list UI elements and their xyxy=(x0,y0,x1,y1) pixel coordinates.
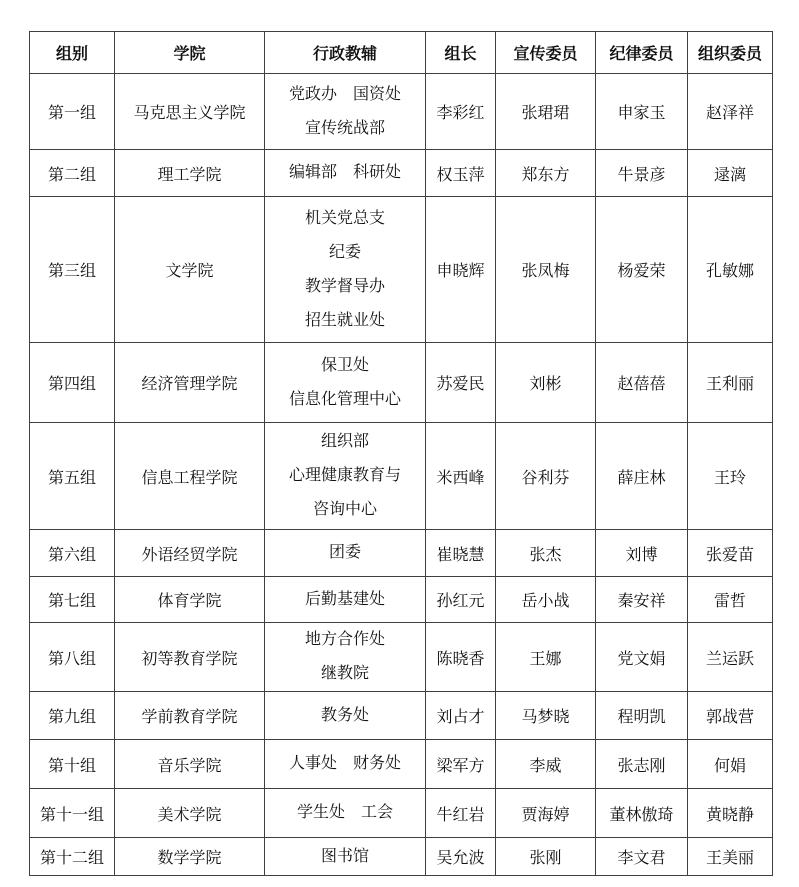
admin-line: 纪委 xyxy=(267,236,423,270)
leader-cell: 米西峰 xyxy=(426,423,496,530)
group-cell: 第八组 xyxy=(30,623,115,692)
college-cell: 外语经贸学院 xyxy=(115,530,265,577)
column-header-publicity: 宣传委员 xyxy=(496,32,596,74)
admin-cell: 图书馆 xyxy=(265,838,426,876)
discipline-cell: 李文君 xyxy=(596,838,688,876)
column-header-group: 组别 xyxy=(30,32,115,74)
leader-cell: 孙红元 xyxy=(426,577,496,623)
column-header-college: 学院 xyxy=(115,32,265,74)
leader-cell: 崔晓慧 xyxy=(426,530,496,577)
column-header-discipline: 纪律委员 xyxy=(596,32,688,74)
admin-line: 党政办 国资处 xyxy=(267,78,423,112)
column-header-organization: 组织委员 xyxy=(688,32,773,74)
admin-cell: 编辑部 科研处 xyxy=(265,150,426,197)
admin-line: 人事处 财务处 xyxy=(267,747,423,781)
publicity-cell: 贾海婷 xyxy=(496,789,596,838)
table-row: 第三组 文学院 机关党总支纪委教学督导办招生就业处 申晓辉 张凤梅 杨爱荣 孔敏… xyxy=(30,197,773,343)
discipline-cell: 秦安祥 xyxy=(596,577,688,623)
group-cell: 第五组 xyxy=(30,423,115,530)
leader-cell: 权玉萍 xyxy=(426,150,496,197)
group-assignment-table: 组别 学院 行政教辅 组长 宣传委员 纪律委员 组织委员 第一组 马克思主义学院… xyxy=(29,31,773,876)
group-cell: 第十二组 xyxy=(30,838,115,876)
admin-line: 继教院 xyxy=(267,657,423,691)
college-cell: 学前教育学院 xyxy=(115,692,265,740)
table-row: 第十一组 美术学院 学生处 工会 牛红岩 贾海婷 董林傲琦 黄晓静 xyxy=(30,789,773,838)
admin-line: 心理健康教育与 xyxy=(267,459,423,493)
admin-line: 后勤基建处 xyxy=(267,583,423,617)
college-cell: 音乐学院 xyxy=(115,740,265,789)
college-cell: 经济管理学院 xyxy=(115,343,265,423)
admin-line: 教学督导办 xyxy=(267,270,423,304)
admin-line: 学生处 工会 xyxy=(267,796,423,830)
header-row: 组别 学院 行政教辅 组长 宣传委员 纪律委员 组织委员 xyxy=(30,32,773,74)
organization-cell: 兰运跃 xyxy=(688,623,773,692)
publicity-cell: 张杰 xyxy=(496,530,596,577)
admin-line: 组织部 xyxy=(267,425,423,459)
admin-cell: 人事处 财务处 xyxy=(265,740,426,789)
group-cell: 第二组 xyxy=(30,150,115,197)
leader-cell: 申晓辉 xyxy=(426,197,496,343)
organization-cell: 何娟 xyxy=(688,740,773,789)
discipline-cell: 党文娟 xyxy=(596,623,688,692)
organization-cell: 黄晓静 xyxy=(688,789,773,838)
publicity-cell: 张刚 xyxy=(496,838,596,876)
discipline-cell: 薛庄林 xyxy=(596,423,688,530)
admin-line: 团委 xyxy=(267,536,423,570)
admin-cell: 学生处 工会 xyxy=(265,789,426,838)
group-cell: 第六组 xyxy=(30,530,115,577)
table-body: 第一组 马克思主义学院 党政办 国资处宣传统战部 李彩红 张珺珺 申家玉 赵泽祥… xyxy=(30,74,773,876)
leader-cell: 牛红岩 xyxy=(426,789,496,838)
table-row: 第八组 初等教育学院 地方合作处继教院 陈晓香 王娜 党文娟 兰运跃 xyxy=(30,623,773,692)
column-header-admin: 行政教辅 xyxy=(265,32,426,74)
admin-line: 宣传统战部 xyxy=(267,112,423,146)
admin-line: 机关党总支 xyxy=(267,202,423,236)
organization-cell: 雷哲 xyxy=(688,577,773,623)
discipline-cell: 张志刚 xyxy=(596,740,688,789)
college-cell: 文学院 xyxy=(115,197,265,343)
table-row: 第六组 外语经贸学院 团委 崔晓慧 张杰 刘博 张爱苗 xyxy=(30,530,773,577)
organization-cell: 孔敏娜 xyxy=(688,197,773,343)
admin-line: 信息化管理中心 xyxy=(267,383,423,417)
discipline-cell: 董林傲琦 xyxy=(596,789,688,838)
group-cell: 第九组 xyxy=(30,692,115,740)
discipline-cell: 杨爱荣 xyxy=(596,197,688,343)
group-cell: 第七组 xyxy=(30,577,115,623)
publicity-cell: 王娜 xyxy=(496,623,596,692)
admin-line: 教务处 xyxy=(267,699,423,733)
publicity-cell: 李威 xyxy=(496,740,596,789)
group-cell: 第三组 xyxy=(30,197,115,343)
table-row: 第五组 信息工程学院 组织部心理健康教育与咨询中心 米西峰 谷利芬 薛庄林 王玲 xyxy=(30,423,773,530)
leader-cell: 苏爱民 xyxy=(426,343,496,423)
publicity-cell: 郑东方 xyxy=(496,150,596,197)
college-cell: 数学学院 xyxy=(115,838,265,876)
group-cell: 第四组 xyxy=(30,343,115,423)
table-row: 第一组 马克思主义学院 党政办 国资处宣传统战部 李彩红 张珺珺 申家玉 赵泽祥 xyxy=(30,74,773,150)
discipline-cell: 刘博 xyxy=(596,530,688,577)
publicity-cell: 张凤梅 xyxy=(496,197,596,343)
table-row: 第十二组 数学学院 图书馆 吴允波 张刚 李文君 王美丽 xyxy=(30,838,773,876)
organization-cell: 王利丽 xyxy=(688,343,773,423)
admin-line: 保卫处 xyxy=(267,349,423,383)
admin-line: 咨询中心 xyxy=(267,493,423,527)
admin-cell: 地方合作处继教院 xyxy=(265,623,426,692)
group-cell: 第一组 xyxy=(30,74,115,150)
admin-cell: 保卫处信息化管理中心 xyxy=(265,343,426,423)
organization-cell: 王玲 xyxy=(688,423,773,530)
admin-cell: 教务处 xyxy=(265,692,426,740)
publicity-cell: 刘彬 xyxy=(496,343,596,423)
publicity-cell: 岳小战 xyxy=(496,577,596,623)
group-cell: 第十一组 xyxy=(30,789,115,838)
admin-line: 招生就业处 xyxy=(267,304,423,338)
publicity-cell: 张珺珺 xyxy=(496,74,596,150)
table-row: 第二组 理工学院 编辑部 科研处 权玉萍 郑东方 牛景彦 逯漓 xyxy=(30,150,773,197)
college-cell: 理工学院 xyxy=(115,150,265,197)
college-cell: 初等教育学院 xyxy=(115,623,265,692)
document-page: 组别 学院 行政教辅 组长 宣传委员 纪律委员 组织委员 第一组 马克思主义学院… xyxy=(0,0,799,887)
publicity-cell: 谷利芬 xyxy=(496,423,596,530)
discipline-cell: 申家玉 xyxy=(596,74,688,150)
discipline-cell: 牛景彦 xyxy=(596,150,688,197)
admin-cell: 党政办 国资处宣传统战部 xyxy=(265,74,426,150)
group-cell: 第十组 xyxy=(30,740,115,789)
discipline-cell: 程明凯 xyxy=(596,692,688,740)
table-row: 第七组 体育学院 后勤基建处 孙红元 岳小战 秦安祥 雷哲 xyxy=(30,577,773,623)
discipline-cell: 赵蓓蓓 xyxy=(596,343,688,423)
organization-cell: 王美丽 xyxy=(688,838,773,876)
college-cell: 体育学院 xyxy=(115,577,265,623)
column-header-leader: 组长 xyxy=(426,32,496,74)
table-row: 第九组 学前教育学院 教务处 刘占才 马梦晓 程明凯 郭战营 xyxy=(30,692,773,740)
leader-cell: 李彩红 xyxy=(426,74,496,150)
admin-cell: 后勤基建处 xyxy=(265,577,426,623)
admin-cell: 机关党总支纪委教学督导办招生就业处 xyxy=(265,197,426,343)
table-row: 第十组 音乐学院 人事处 财务处 梁军方 李威 张志刚 何娟 xyxy=(30,740,773,789)
admin-line: 图书馆 xyxy=(267,840,423,874)
leader-cell: 陈晓香 xyxy=(426,623,496,692)
organization-cell: 逯漓 xyxy=(688,150,773,197)
organization-cell: 郭战营 xyxy=(688,692,773,740)
college-cell: 美术学院 xyxy=(115,789,265,838)
admin-line: 编辑部 科研处 xyxy=(267,156,423,190)
college-cell: 信息工程学院 xyxy=(115,423,265,530)
table-row: 第四组 经济管理学院 保卫处信息化管理中心 苏爱民 刘彬 赵蓓蓓 王利丽 xyxy=(30,343,773,423)
admin-line: 地方合作处 xyxy=(267,623,423,657)
leader-cell: 梁军方 xyxy=(426,740,496,789)
organization-cell: 张爱苗 xyxy=(688,530,773,577)
admin-cell: 组织部心理健康教育与咨询中心 xyxy=(265,423,426,530)
admin-cell: 团委 xyxy=(265,530,426,577)
college-cell: 马克思主义学院 xyxy=(115,74,265,150)
leader-cell: 吴允波 xyxy=(426,838,496,876)
organization-cell: 赵泽祥 xyxy=(688,74,773,150)
leader-cell: 刘占才 xyxy=(426,692,496,740)
publicity-cell: 马梦晓 xyxy=(496,692,596,740)
